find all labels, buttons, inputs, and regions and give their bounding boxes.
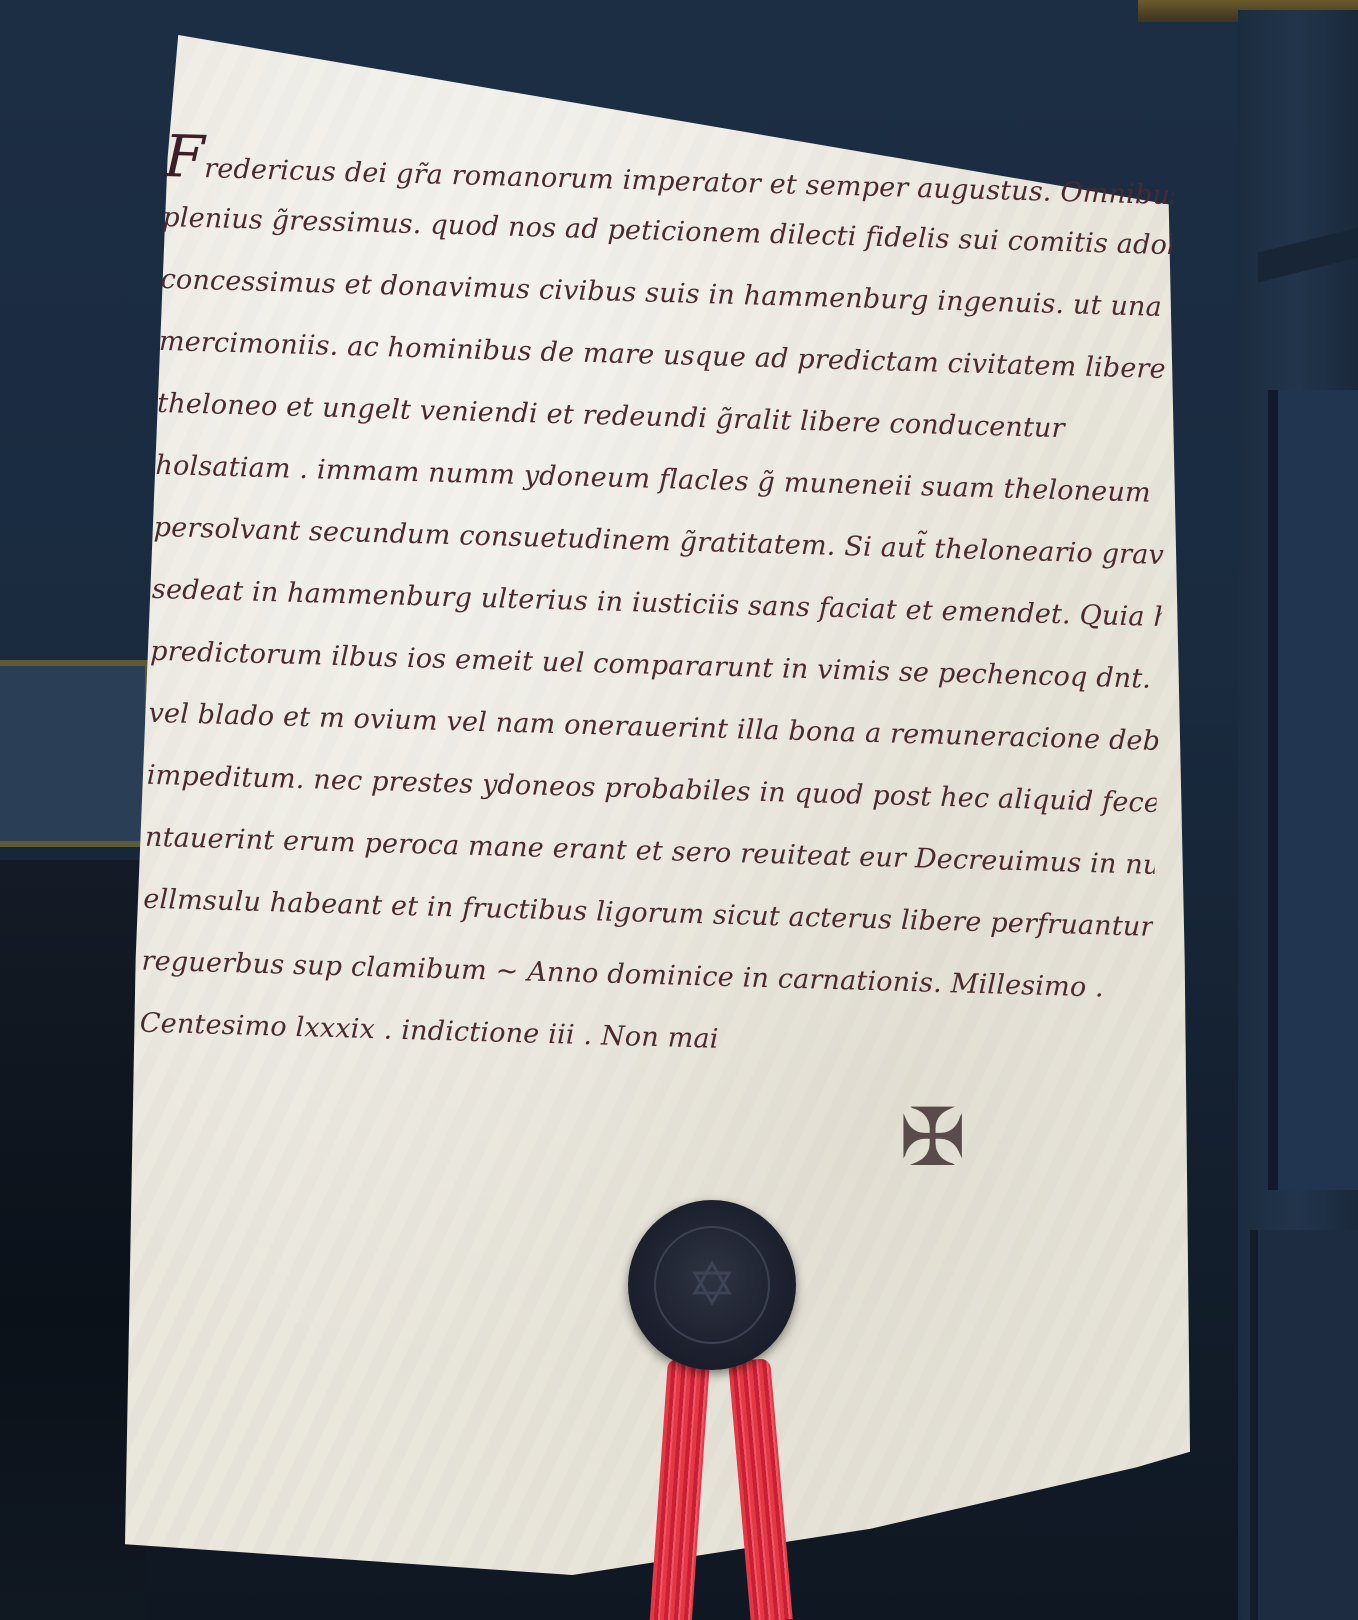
reflected-painting <box>0 660 151 847</box>
monogram-icon: ✠ <box>885 1090 980 1185</box>
wax-seal-icon: ✡ <box>628 1200 796 1370</box>
museum-scene: Fredericus dei gr̃a romanorum imperator … <box>0 0 1358 1620</box>
reflection-shadow <box>0 860 145 1620</box>
lower-panel <box>1250 1230 1358 1620</box>
seal-emblem-icon: ✡ <box>628 1200 796 1370</box>
charter-text: Fredericus dei gr̃a romanorum imperator … <box>139 125 1175 1083</box>
door-frame <box>1268 390 1358 1190</box>
